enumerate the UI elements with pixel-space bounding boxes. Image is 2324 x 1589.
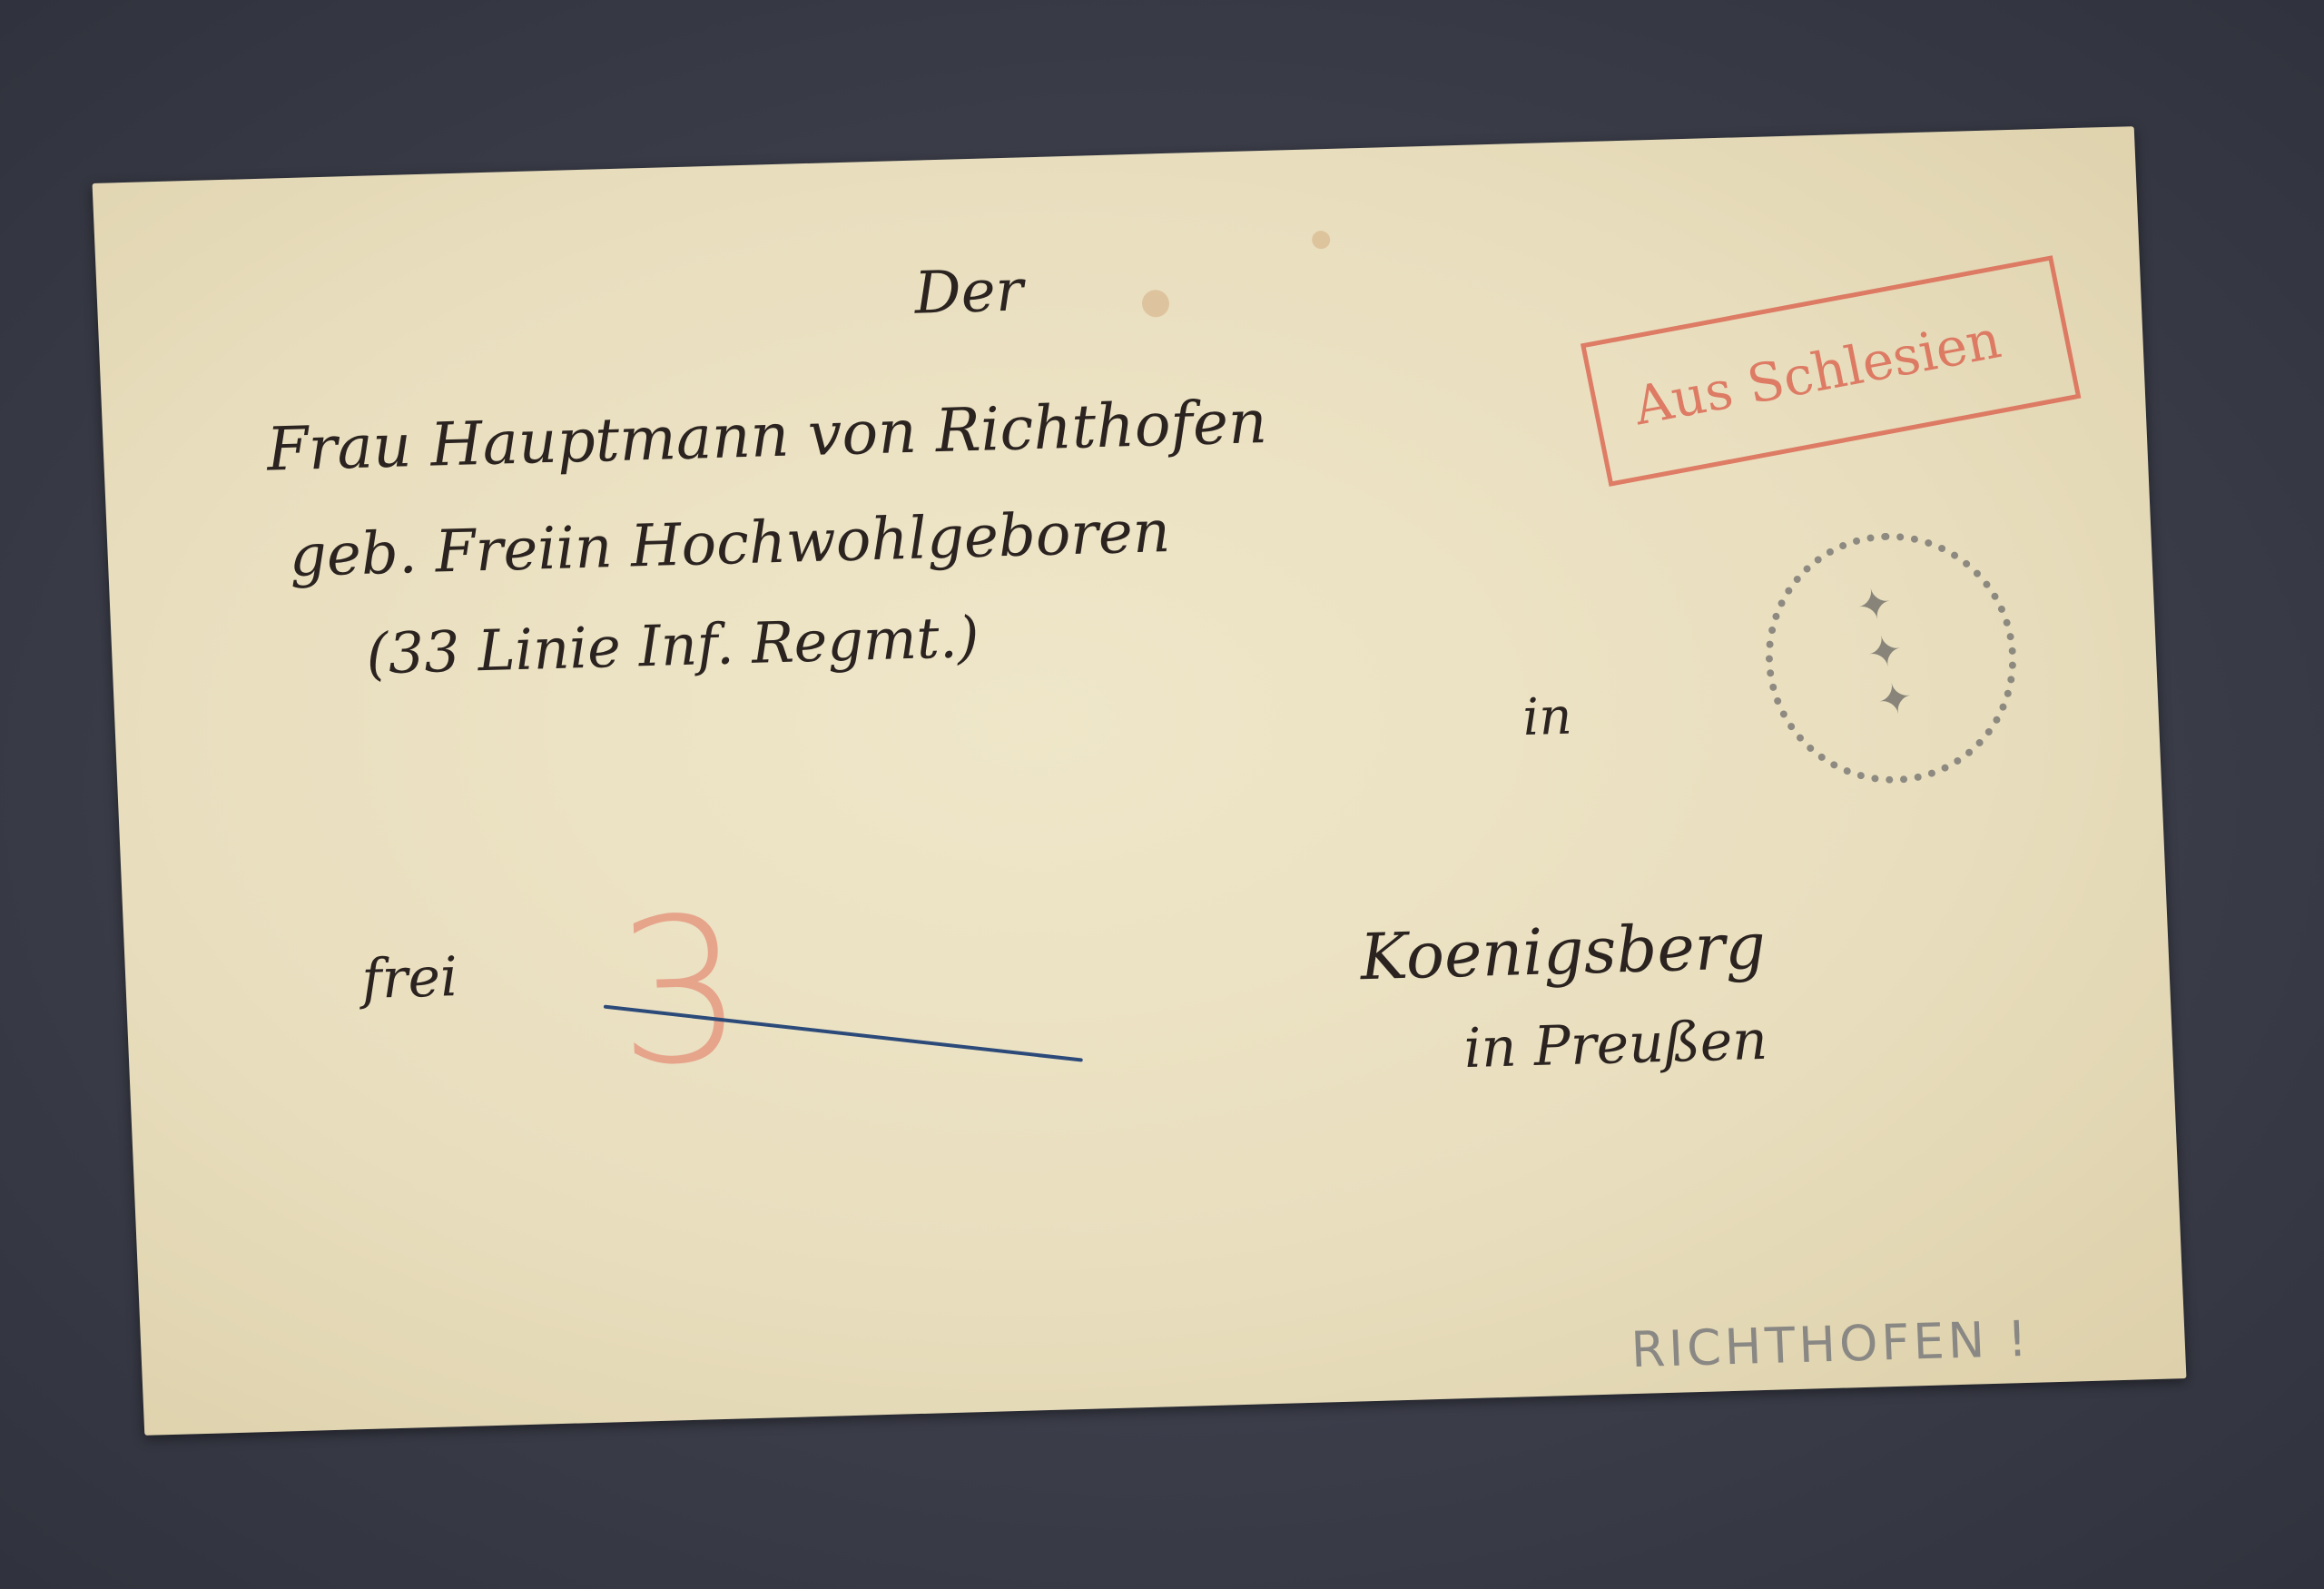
red-rate-numeral: 3 [612,873,749,1110]
address-line-4: (33 Linie Inf. Regmt.) [365,604,980,687]
red-box-cancel-stamp: Aus Schlesien [1581,255,2081,487]
franco-marking: frei [360,945,458,1012]
address-line-3: geb. Freiin Hochwohlgeboren [288,498,1171,590]
red-stamp-text: Aus Schlesien [1629,308,2005,437]
address-line-2: Frau Hauptmann von Richthofen [265,387,1268,485]
address-region: in Preußen [1462,1009,1768,1081]
postmark-text: ✦ ✦ ✦ [1846,582,1922,721]
stain [1312,231,1331,250]
address-city: Koenigsberg [1359,909,1768,994]
pencil-annotation: RICHTHOFEN ! [1630,1310,2032,1378]
address-line-5: in [1521,687,1573,747]
circular-postmark: ✦ ✦ ✦ [1760,529,2021,786]
address-line-1: Der [913,257,1025,327]
envelope: Der Frau Hauptmann von Richthofen geb. F… [93,126,2187,1436]
stain [1141,290,1169,318]
